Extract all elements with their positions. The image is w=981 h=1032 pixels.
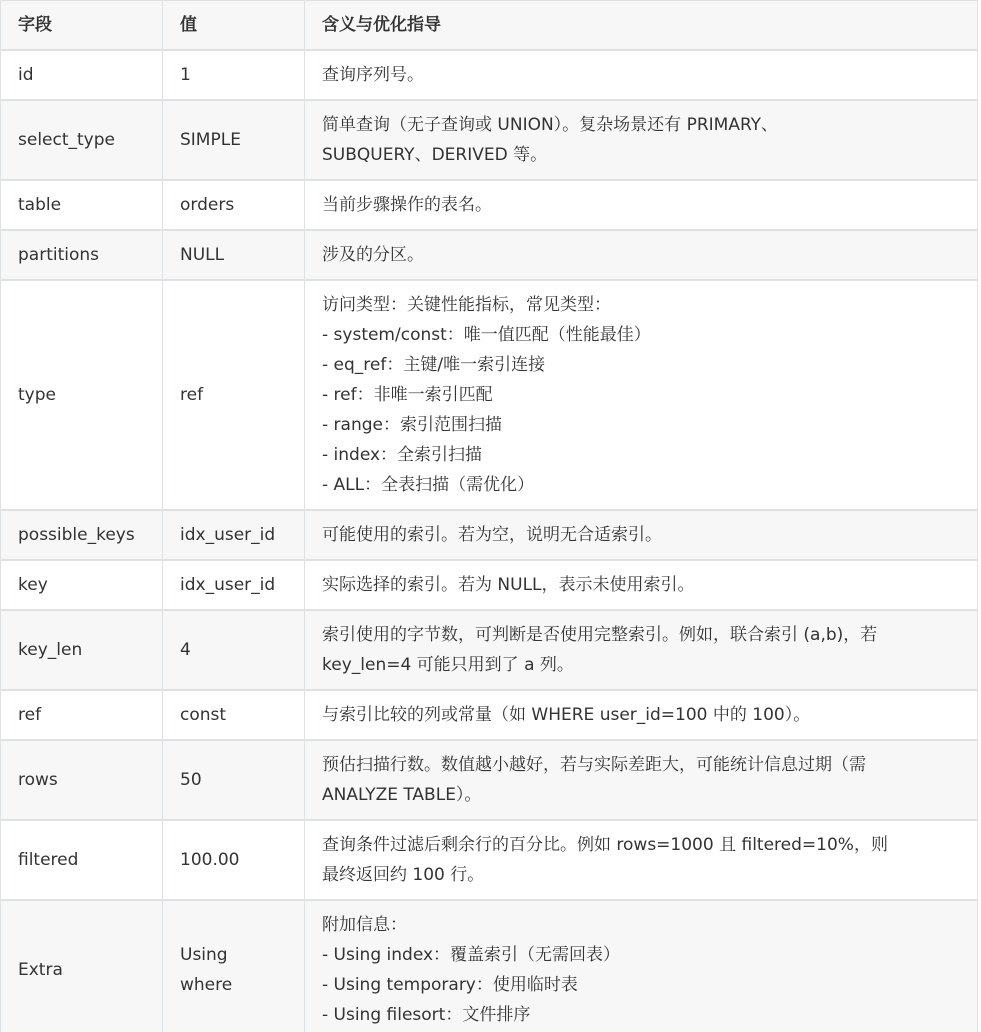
- description-line: 当前步骤操作的表名。: [322, 190, 960, 220]
- field-name-cell: table: [1, 180, 163, 230]
- description-line: 预估扫描行数。数值越小越好，若与实际差距大，可能统计信息过期（需: [322, 750, 960, 780]
- field-name-cell: partitions: [1, 230, 163, 280]
- field-name-cell: select_type: [1, 100, 163, 180]
- field-description-cell: 简单查询（无子查询或 UNION）。复杂场景还有 PRIMARY、SUBQUER…: [305, 100, 978, 180]
- header-field: 字段: [1, 1, 163, 51]
- field-description-cell: 访问类型：关键性能指标，常见类型：- system/const：唯一值匹配（性能…: [305, 280, 978, 510]
- header-value: 值: [163, 1, 305, 51]
- description-line: 简单查询（无子查询或 UNION）。复杂场景还有 PRIMARY、: [322, 110, 960, 140]
- field-name-cell: key: [1, 560, 163, 610]
- field-value-cell: 1: [163, 50, 305, 100]
- description-line: ANALYZE TABLE）。: [322, 780, 960, 810]
- field-description-cell: 可能使用的索引。若为空，说明无合适索引。: [305, 510, 978, 560]
- table-row: rows50预估扫描行数。数值越小越好，若与实际差距大，可能统计信息过期（需AN…: [1, 740, 978, 820]
- explain-fields-table: 字段 值 含义与优化指导 id1查询序列号。select_typeSIMPLE简…: [0, 0, 978, 1032]
- table-row: possible_keysidx_user_id可能使用的索引。若为空，说明无合…: [1, 510, 978, 560]
- table-row: select_typeSIMPLE简单查询（无子查询或 UNION）。复杂场景还…: [1, 100, 978, 180]
- description-line: SUBQUERY、DERIVED 等。: [322, 140, 960, 170]
- description-line: - ALL：全表扫描（需优化）: [322, 470, 960, 500]
- field-name-cell: filtered: [1, 820, 163, 900]
- table-row: partitionsNULL涉及的分区。: [1, 230, 978, 280]
- field-value-cell: NULL: [163, 230, 305, 280]
- description-line: 涉及的分区。: [322, 240, 960, 270]
- table-row: key_len4索引使用的字节数，可判断是否使用完整索引。例如，联合索引 (a,…: [1, 610, 978, 690]
- value-line: where: [180, 970, 287, 1000]
- description-line: 实际选择的索引。若为 NULL，表示未使用索引。: [322, 570, 960, 600]
- description-line: - Using index：覆盖索引（无需回表）: [322, 940, 960, 970]
- field-description-cell: 查询序列号。: [305, 50, 978, 100]
- description-line: 最终返回约 100 行。: [322, 860, 960, 890]
- description-line: - system/const：唯一值匹配（性能最佳）: [322, 320, 960, 350]
- header-description: 含义与优化指导: [305, 1, 978, 51]
- field-value-cell: Usingwhere: [163, 900, 305, 1032]
- field-value-cell: idx_user_id: [163, 560, 305, 610]
- table-row: tableorders当前步骤操作的表名。: [1, 180, 978, 230]
- field-name-cell: id: [1, 50, 163, 100]
- field-name-cell: Extra: [1, 900, 163, 1032]
- table-row: filtered100.00查询条件过滤后剩余行的百分比。例如 rows=100…: [1, 820, 978, 900]
- description-line: 查询条件过滤后剩余行的百分比。例如 rows=1000 且 filtered=1…: [322, 830, 960, 860]
- table-row: typeref访问类型：关键性能指标，常见类型：- system/const：唯…: [1, 280, 978, 510]
- field-description-cell: 涉及的分区。: [305, 230, 978, 280]
- field-value-cell: 50: [163, 740, 305, 820]
- field-value-cell: const: [163, 690, 305, 740]
- field-description-cell: 当前步骤操作的表名。: [305, 180, 978, 230]
- table-body: id1查询序列号。select_typeSIMPLE简单查询（无子查询或 UNI…: [1, 50, 978, 1032]
- field-value-cell: 4: [163, 610, 305, 690]
- table-header-row: 字段 值 含义与优化指导: [1, 1, 978, 51]
- field-value-cell: orders: [163, 180, 305, 230]
- description-line: 附加信息：: [322, 910, 960, 940]
- table-row: ExtraUsingwhere附加信息：- Using index：覆盖索引（无…: [1, 900, 978, 1032]
- field-value-cell: 100.00: [163, 820, 305, 900]
- table-row: refconst与索引比较的列或常量（如 WHERE user_id=100 中…: [1, 690, 978, 740]
- description-line: - index：全索引扫描: [322, 440, 960, 470]
- field-name-cell: possible_keys: [1, 510, 163, 560]
- description-line: 索引使用的字节数，可判断是否使用完整索引。例如，联合索引 (a,b)，若: [322, 620, 960, 650]
- description-line: - range：索引范围扫描: [322, 410, 960, 440]
- field-description-cell: 附加信息：- Using index：覆盖索引（无需回表）- Using tem…: [305, 900, 978, 1032]
- field-value-cell: ref: [163, 280, 305, 510]
- field-description-cell: 预估扫描行数。数值越小越好，若与实际差距大，可能统计信息过期（需ANALYZE …: [305, 740, 978, 820]
- table-row: keyidx_user_id实际选择的索引。若为 NULL，表示未使用索引。: [1, 560, 978, 610]
- field-value-cell: SIMPLE: [163, 100, 305, 180]
- field-description-cell: 索引使用的字节数，可判断是否使用完整索引。例如，联合索引 (a,b)，若key_…: [305, 610, 978, 690]
- field-description-cell: 查询条件过滤后剩余行的百分比。例如 rows=1000 且 filtered=1…: [305, 820, 978, 900]
- description-line: 可能使用的索引。若为空，说明无合适索引。: [322, 520, 960, 550]
- value-line: Using: [180, 940, 287, 970]
- field-value-cell: idx_user_id: [163, 510, 305, 560]
- description-line: key_len=4 可能只用到了 a 列。: [322, 650, 960, 680]
- description-line: 与索引比较的列或常量（如 WHERE user_id=100 中的 100）。: [322, 700, 960, 730]
- description-line: - Using filesort：文件排序: [322, 1000, 960, 1030]
- description-line: - eq_ref：主键/唯一索引连接: [322, 350, 960, 380]
- field-name-cell: rows: [1, 740, 163, 820]
- table-row: id1查询序列号。: [1, 50, 978, 100]
- field-name-cell: key_len: [1, 610, 163, 690]
- field-description-cell: 与索引比较的列或常量（如 WHERE user_id=100 中的 100）。: [305, 690, 978, 740]
- field-name-cell: ref: [1, 690, 163, 740]
- field-name-cell: type: [1, 280, 163, 510]
- description-line: 访问类型：关键性能指标，常见类型：: [322, 290, 960, 320]
- field-description-cell: 实际选择的索引。若为 NULL，表示未使用索引。: [305, 560, 978, 610]
- description-line: 查询序列号。: [322, 60, 960, 90]
- description-line: - Using temporary：使用临时表: [322, 970, 960, 1000]
- description-line: - ref：非唯一索引匹配: [322, 380, 960, 410]
